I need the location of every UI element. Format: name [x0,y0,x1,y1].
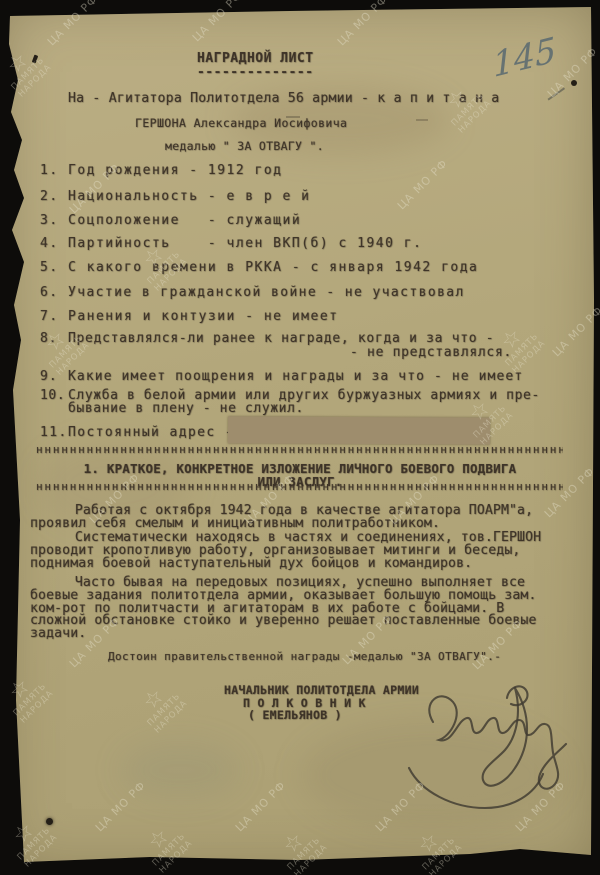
verdict-line: Достоин правительственной награды -медал… [108,651,501,663]
item-number: 4. [40,237,68,251]
questionnaire-row: 4.Партийность - член ВКП(б) с 1940 г. [40,237,422,251]
description-paragraph: Часто бывая на передовых позициях, успеш… [30,577,556,641]
questionnaire-row: 3.Соцположение - служащий [40,214,301,228]
item-number: 7. [40,310,68,324]
paper-stain [120,740,240,800]
award-line-recipient: На - Агитатора Политотдела 56 армии - к … [68,92,499,106]
handwritten-page-number: 145 [492,30,558,86]
item-text: Ранения и контузии - не имеет [68,309,338,324]
pencil-mark [547,87,565,101]
description-paragraph: Работая с октября 1942 года в качестве а… [30,504,556,530]
item-text: Год рождения - 1912 год [68,163,283,178]
item-text: Представлялся-ли ранее к награде, когда … [68,331,494,346]
scan-speck [46,818,53,825]
description-paragraph: Систематически находясь в частях и соеди… [30,531,556,570]
questionnaire-row: 1.Год рождения - 1912 год [40,164,283,178]
item-text: Партийность - член ВКП(б) с 1940 г. [68,236,422,251]
title-underline: -------------- [197,66,314,80]
signatory-name: ( ЕМЕЛЬЯНОВ ) [248,709,342,721]
section-heading-continued: ИЛИ ЗАСЛУГ. [0,475,600,488]
scanned-document: НАГРАДНОЙ ЛИСТ -------------- 145 На - А… [0,0,600,875]
questionnaire-row: 8.Представлялся-ли ранее к награде, когд… [40,332,494,346]
signature-stroke [429,696,566,788]
signature-autograph [395,672,565,817]
item-number: 2. [40,190,68,204]
item-number: 11. [40,426,68,440]
award-line-name: ГЕРШОНА Александра Иосифовича [135,117,347,129]
scan-speck [32,55,38,64]
item-number: 10. [40,389,68,403]
signature-stroke [409,768,543,808]
signature-stroke [483,688,527,786]
smudge-mark [286,116,300,118]
paper-sheet: НАГРАДНОЙ ЛИСТ -------------- 145 На - А… [0,0,600,875]
separator-row: нннннннннннннннннннннннннннннннннннннннн… [36,444,563,456]
questionnaire-row: 9.Какие имеет поощрения и награды и за ч… [40,370,523,384]
questionnaire-row: 2.Национальность - е в р е й [40,190,311,204]
scan-speck [571,80,577,86]
questionnaire-row-continuation: - не представлялся. [350,346,512,360]
item-number: 6. [40,286,68,300]
item-text: Постоянный адрес - [68,425,234,440]
questionnaire-row: 5.С какого времени в РККА - с января 194… [40,261,478,275]
questionnaire-row: 11.Постоянный адрес - [40,426,234,440]
document-title: НАГРАДНОЙ ЛИСТ [197,52,314,66]
redaction-bar [228,416,490,444]
item-text: Участие в гражданской войне - не участво… [68,285,465,300]
item-number: 5. [40,261,68,275]
signatory-title: НАЧАЛЬНИК ПОЛИТОТДЕЛА АРМИИ [224,684,419,696]
award-line-medal: медалью " ЗА ОТВАГУ ". [165,140,324,152]
item-number: 1. [40,164,68,178]
smudge-mark [416,119,428,121]
questionnaire-row: 6.Участие в гражданской войне - не участ… [40,286,465,300]
item-text: Какие имеет поощрения и награды и за что… [68,369,523,384]
item-number: 9. [40,370,68,384]
item-text: Национальность - е в р е й [68,189,311,204]
questionnaire-row: 7.Ранения и контузии - не имеет [40,310,338,324]
item-number: 3. [40,214,68,228]
item-number: 8. [40,332,68,346]
item-text: Соцположение - служащий [68,213,301,228]
questionnaire-row-continuation: бывание в плену - не служил. [68,402,304,416]
item-text: С какого времени в РККА - с января 1942 … [68,260,478,275]
